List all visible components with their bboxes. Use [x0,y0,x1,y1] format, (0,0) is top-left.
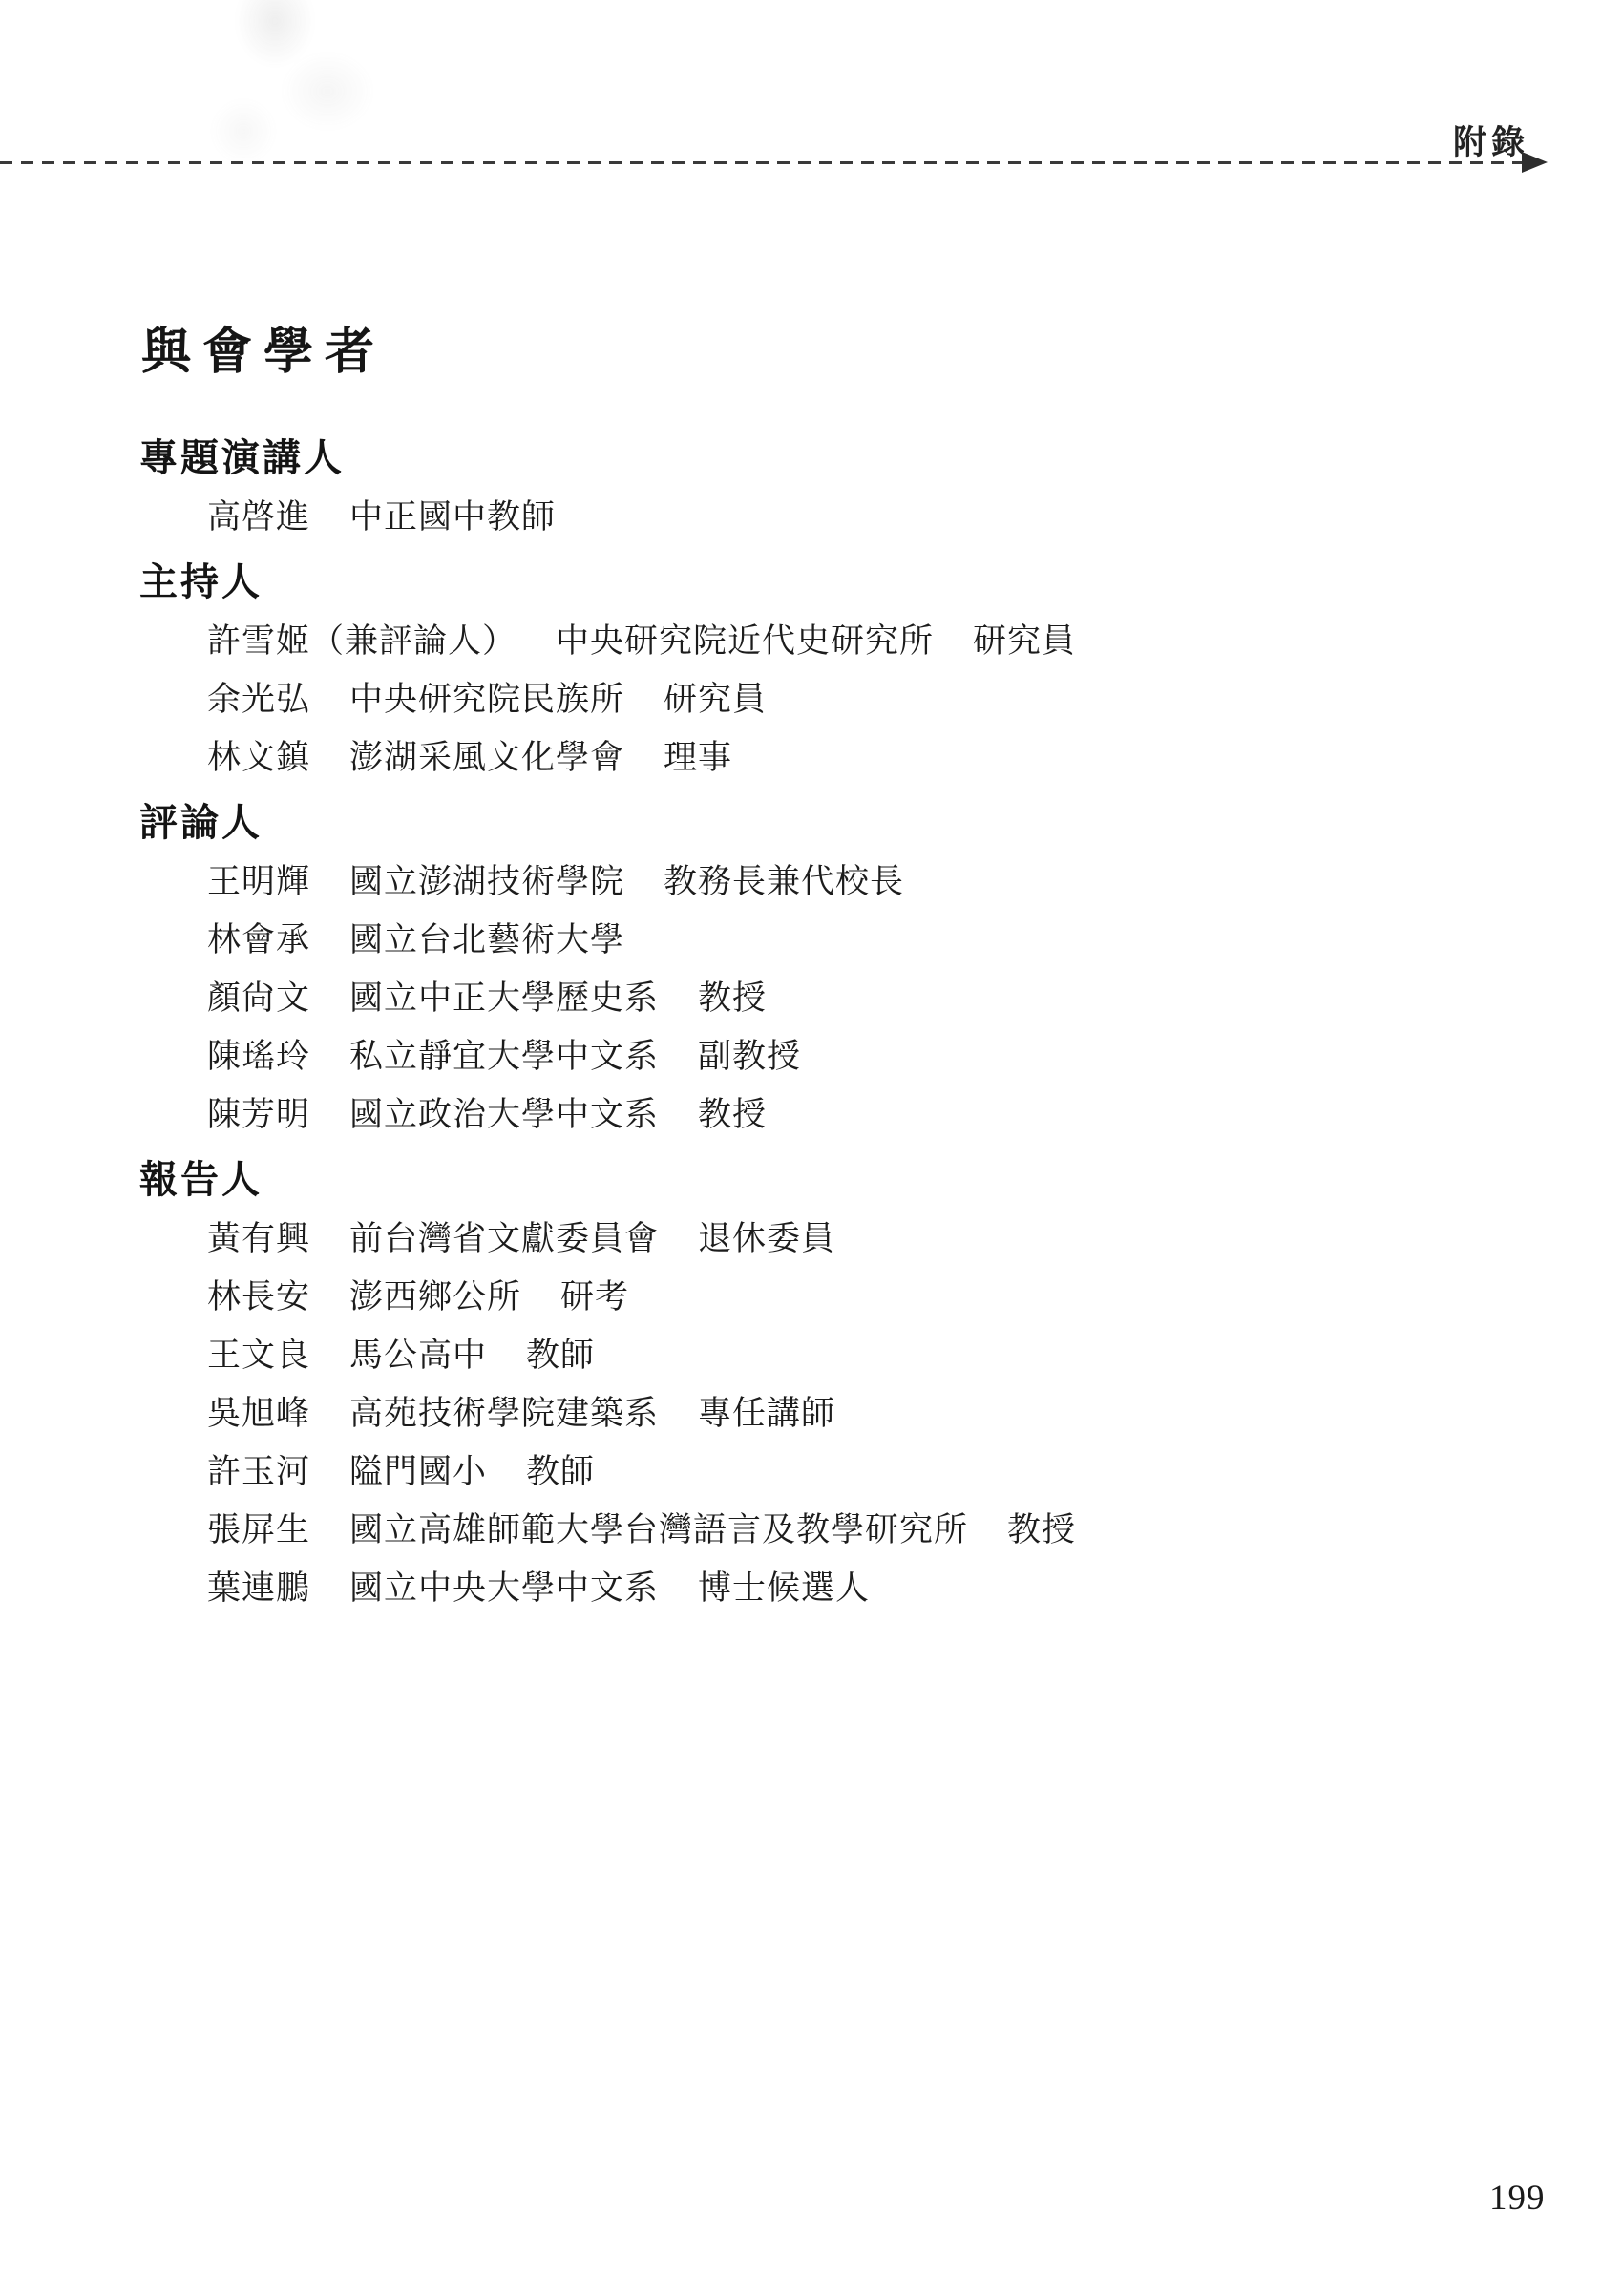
scholar-entry: 葉連鵬國立中央大學中文系博士候選人 [207,1562,870,1610]
scanned-page: 附錄 與會學者 專題演講人高啓進中正國中教師主持人許雪姬（兼評論人）中央研究院近… [0,0,1623,2296]
scholar-title: 研究員 [973,615,1076,663]
scholar-entry: 王文良馬公高中教師 [207,1329,595,1377]
scholar-title: 教師 [526,1445,595,1493]
scholar-name: 吳旭峰 [207,1387,310,1435]
section-heading: 專題演講人 [139,428,345,482]
scholar-name: 余光弘 [207,673,310,721]
scholar-affiliation: 國立中央大學中文系 [349,1562,659,1610]
scholar-name: 黃有興 [207,1212,310,1260]
scholar-affiliation: 私立靜宜大學中文系 [349,1030,659,1078]
scholar-entry: 陳瑤玲私立靜宜大學中文系副教授 [207,1030,801,1078]
section-heading: 主持人 [139,552,263,606]
scholar-title: 教務長兼代校長 [664,855,904,903]
scholar-name: 王明輝 [207,855,310,903]
scholar-affiliation: 前台灣省文獻委員會 [349,1212,659,1260]
scholar-affiliation: 澎西鄉公所 [349,1271,521,1318]
scholar-entry: 吳旭峰高苑技術學院建築系專任講師 [207,1387,835,1435]
page-number: 199 [1489,2178,1546,2219]
scholar-affiliation: 國立政治大學中文系 [349,1088,659,1136]
rule-arrow-icon [1522,152,1548,173]
scholar-title: 教師 [526,1329,595,1377]
running-header-appendix: 附錄 [1453,116,1529,164]
scholar-affiliation: 高苑技術學院建築系 [349,1387,659,1435]
scholar-affiliation: 國立澎湖技術學院 [349,855,624,903]
scholar-name: 林會承 [207,914,310,961]
scholar-affiliation: 馬公高中 [349,1329,487,1377]
scholar-affiliation: 中央研究院民族所 [349,673,624,721]
scholar-name: 許玉河 [207,1445,310,1493]
section-heading: 評論人 [139,792,263,847]
scholar-entry: 高啓進中正國中教師 [207,491,556,538]
scholar-affiliation: 中正國中教師 [349,491,556,538]
scholar-title: 研考 [560,1271,629,1318]
scholar-affiliation: 國立台北藝術大學 [349,914,624,961]
scholar-name: 顏尙文 [207,972,310,1020]
scholar-entry: 王明輝國立澎湖技術學院教務長兼代校長 [207,855,904,903]
scholar-title: 博士候選人 [698,1562,870,1610]
scholar-entry: 許玉河隘門國小教師 [207,1445,595,1493]
scholar-name: 林文鎮 [207,731,310,779]
header-dashed-rule [0,161,1525,164]
scholar-affiliation: 國立中正大學歷史系 [349,972,659,1020]
scholar-name: 張屏生 [207,1504,310,1551]
scholar-title: 理事 [664,731,732,779]
scholar-affiliation: 澎湖采風文化學會 [349,731,624,779]
scholar-entry: 林文鎮澎湖采風文化學會理事 [207,731,732,779]
scholar-name: 葉連鵬 [207,1562,310,1610]
section-heading: 報告人 [139,1149,263,1204]
scholar-title: 教授 [698,1088,767,1136]
scan-smudge-artifact [191,0,401,181]
scholar-title: 專任講師 [698,1387,835,1435]
scholar-title: 教授 [1007,1504,1076,1551]
scholar-affiliation: 國立高雄師範大學台灣語言及教學研究所 [349,1504,968,1551]
scholar-entry: 黃有興前台灣省文獻委員會退休委員 [207,1212,835,1260]
scholar-name: 王文良 [207,1329,310,1377]
scholar-name: 陳瑤玲 [207,1030,310,1078]
scholar-name: 陳芳明 [207,1088,310,1136]
scholar-affiliation: 中央研究院近代史研究所 [556,615,934,663]
page-title: 與會學者 [141,311,386,383]
scholar-entry: 林長安澎西鄉公所研考 [207,1271,629,1318]
scholar-entry: 許雪姬（兼評論人）中央研究院近代史研究所研究員 [207,615,1076,663]
scholar-name: 高啓進 [207,491,310,538]
scholar-entry: 陳芳明國立政治大學中文系教授 [207,1088,767,1136]
scholar-title: 教授 [698,972,767,1020]
scholar-entry: 張屏生國立高雄師範大學台灣語言及教學研究所教授 [207,1504,1076,1551]
scholar-title: 退休委員 [698,1212,835,1260]
scholar-entry: 余光弘中央研究院民族所研究員 [207,673,767,721]
scholar-title: 研究員 [664,673,767,721]
scholar-entry: 顏尙文國立中正大學歷史系教授 [207,972,767,1020]
scholar-title: 副教授 [698,1030,801,1078]
scholar-name: 林長安 [207,1271,310,1318]
scholar-affiliation: 隘門國小 [349,1445,487,1493]
scholar-name: 許雪姬（兼評論人） [207,615,516,663]
scholar-entry: 林會承國立台北藝術大學 [207,914,624,961]
